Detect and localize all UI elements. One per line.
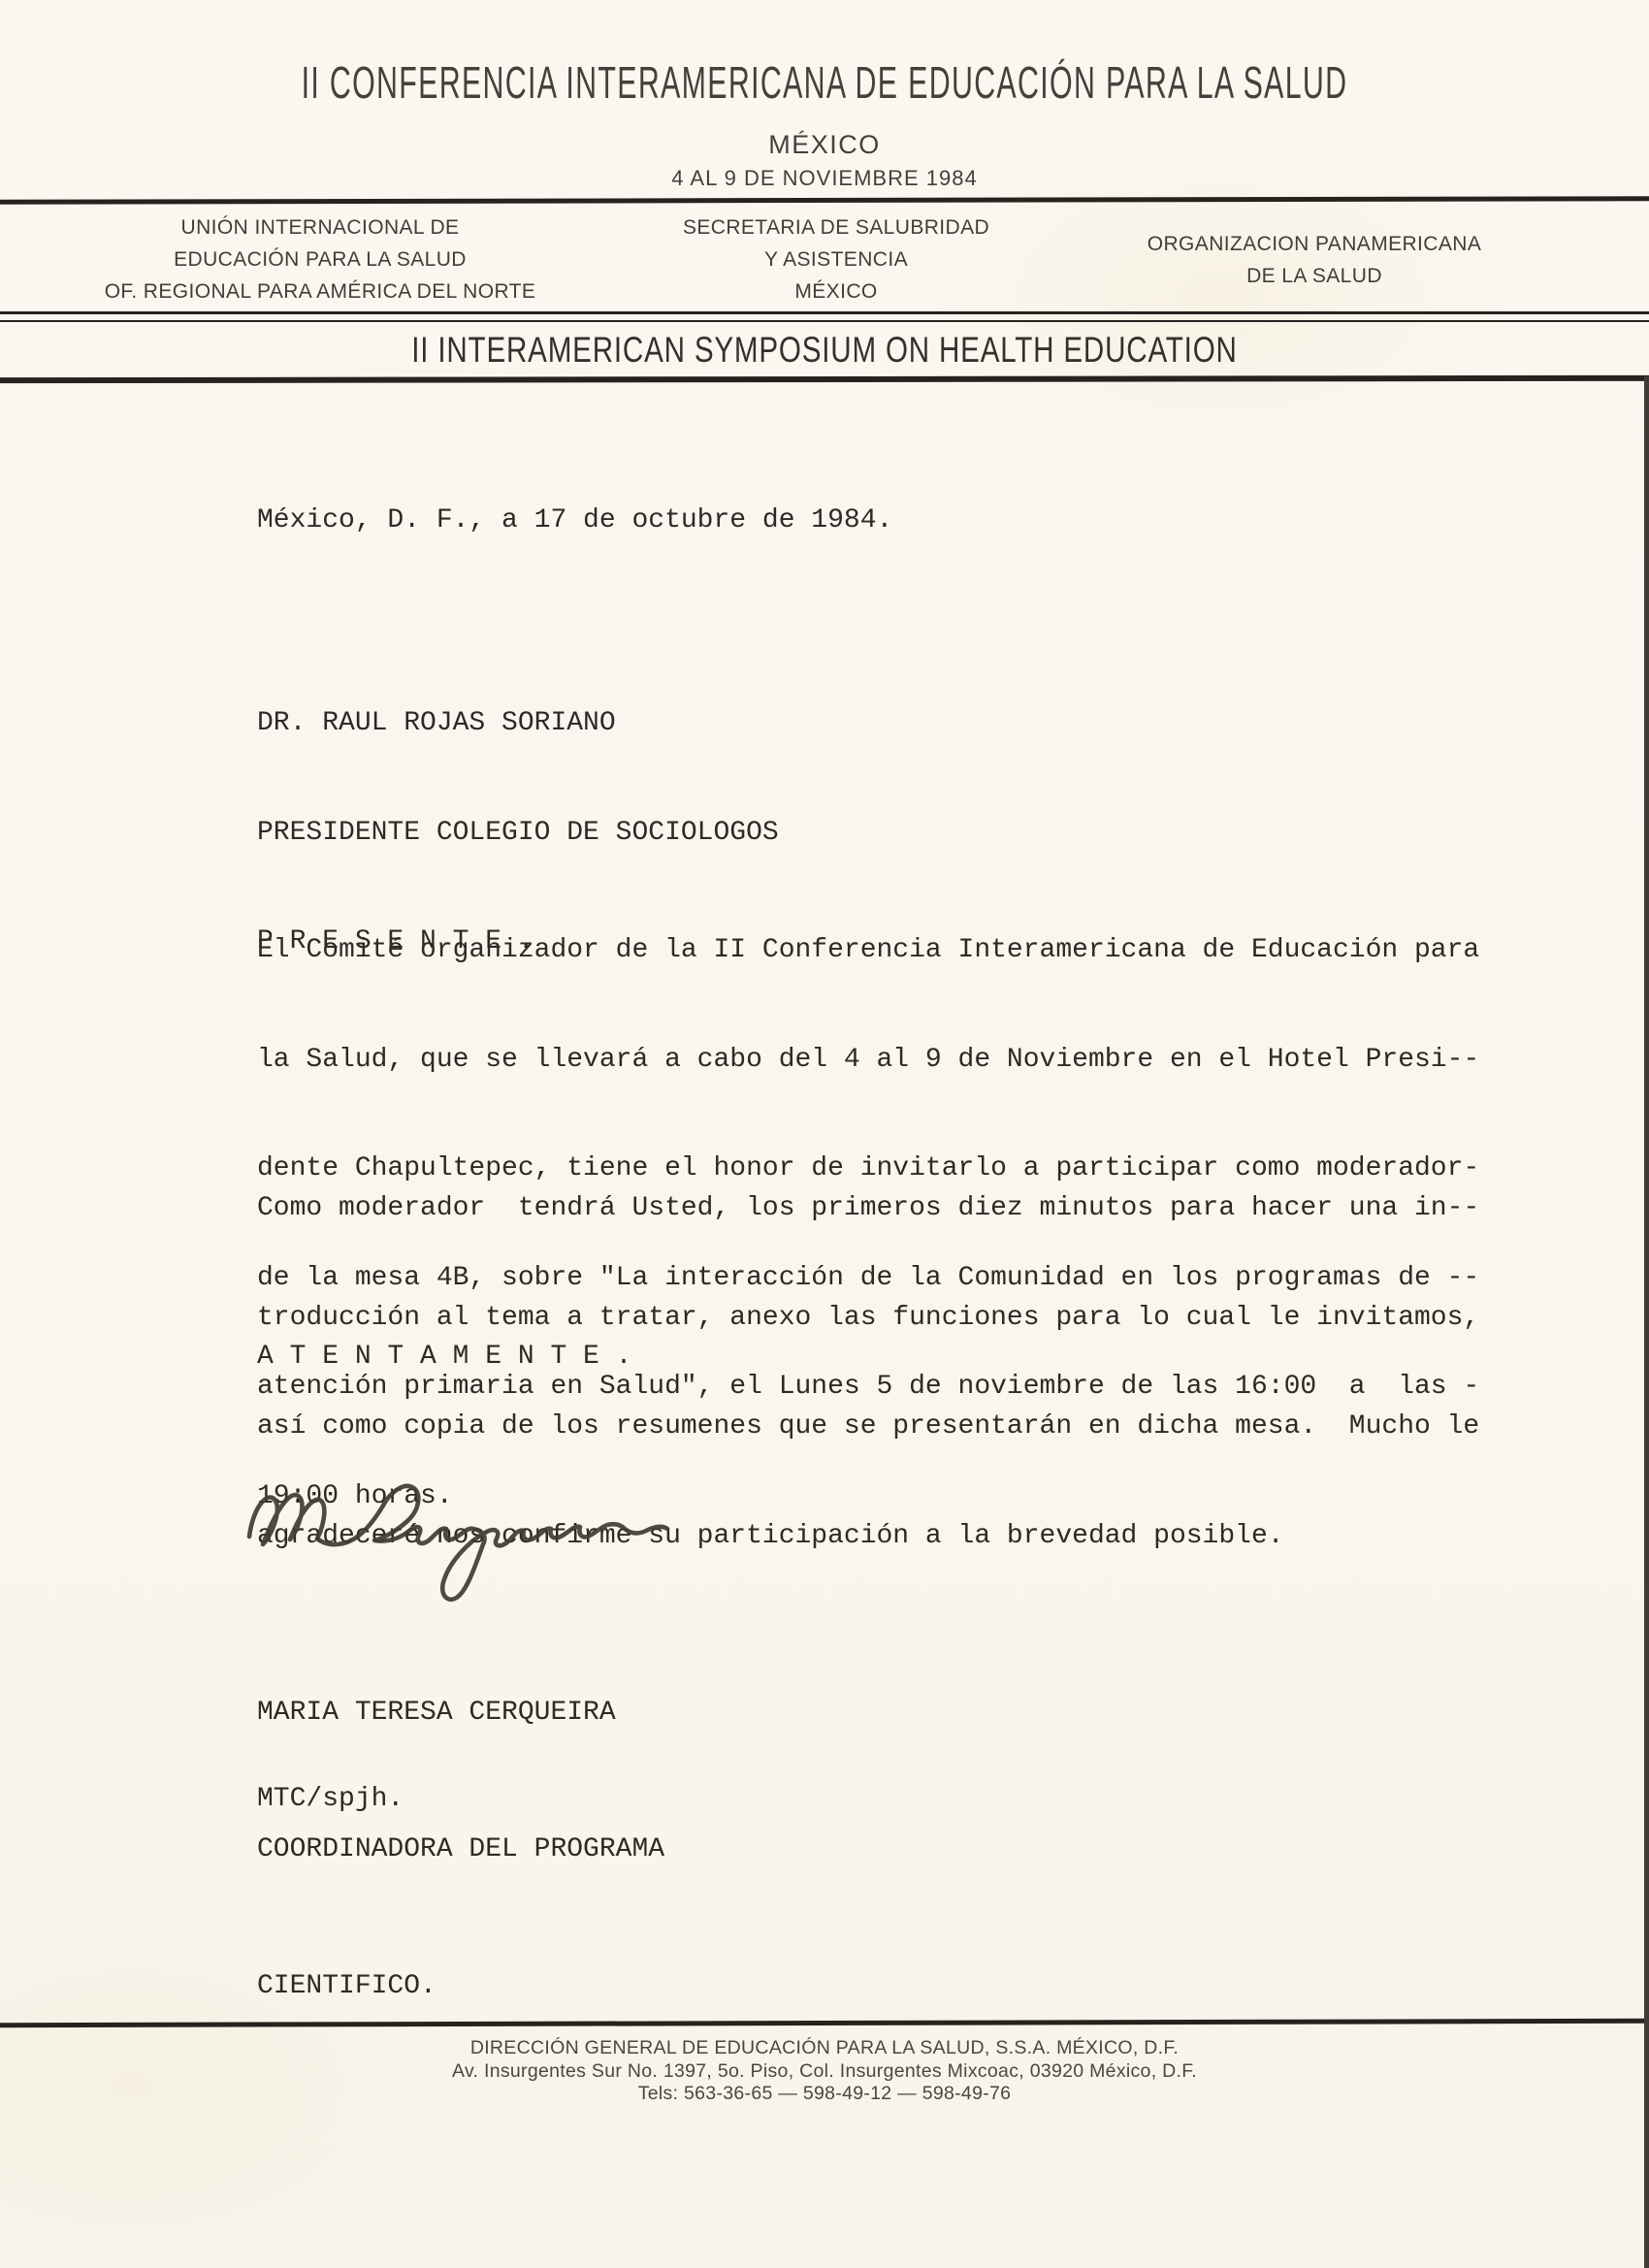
addressee-title: PRESIDENTE COLEGIO DE SOCIOLOGOS — [257, 815, 779, 852]
organization-column-union: UNIÓN INTERNACIONAL DE EDUCACIÓN PARA LA… — [87, 211, 553, 308]
conference-dates: 4 AL 9 DE NOVIEMBRE 1984 — [0, 166, 1649, 191]
paragraph-line: troducción al tema a tratar, anexo las f… — [257, 1300, 1479, 1337]
addressee-name: DR. RAUL ROJAS SORIANO — [257, 705, 779, 742]
handwritten-signature-image — [236, 1442, 692, 1614]
header-rule-bottom — [0, 375, 1649, 383]
footer-rule — [0, 2019, 1649, 2027]
org-line: UNIÓN INTERNACIONAL DE — [87, 211, 553, 243]
header-rule-middle-lower — [0, 320, 1649, 322]
reference-initials: MTC/spjh. — [257, 1781, 404, 1818]
header-rule-top — [0, 196, 1649, 205]
org-line: OF. REGIONAL PARA AMÉRICA DEL NORTE — [87, 275, 553, 308]
paragraph-line: El Comité organizador de la II Conferenc… — [257, 932, 1479, 969]
scanned-letter-page: II CONFERENCIA INTERAMERICANA DE EDUCACI… — [0, 0, 1649, 2268]
symposium-title: II INTERAMERICAN SYMPOSIUM ON HEALTH EDU… — [165, 330, 1484, 371]
signer-title-line-1: COORDINADORA DEL PROGRAMA — [257, 1827, 664, 1872]
header-rule-middle-upper — [0, 311, 1649, 314]
footer-phones-line: Tels: 563-36-65 — 598-49-12 — 598-49-76 — [0, 2083, 1649, 2106]
scan-edge-artifact — [1644, 376, 1649, 2268]
closing-salutation: A T E N T A M E N T E . — [257, 1339, 631, 1376]
signer-name: MARIA TERESA CERQUEIRA — [257, 1690, 664, 1735]
footer-address-block: DIRECCIÓN GENERAL DE EDUCACIÓN PARA LA S… — [0, 2037, 1649, 2106]
paragraph-line: la Salud, que se llevará a cabo del 4 al… — [257, 1042, 1479, 1079]
letter-dateline: México, D. F., a 17 de octubre de 1984. — [257, 502, 892, 539]
org-line: EDUCACIÓN PARA LA SALUD — [87, 243, 553, 275]
signer-title-line-2: CIENTIFICO. — [257, 1963, 664, 2009]
organization-column-panamericana: ORGANIZACION PANAMERICANA DE LA SALUD — [1106, 228, 1523, 292]
footer-direccion-line: DIRECCIÓN GENERAL DE EDUCACIÓN PARA LA S… — [0, 2037, 1649, 2060]
conference-title: II CONFERENCIA INTERAMERICANA DE EDUCACI… — [280, 56, 1369, 109]
conference-location: MÉXICO — [0, 130, 1649, 160]
org-line: SECRETARIA DE SALUBRIDAD — [652, 211, 1020, 243]
org-line: ORGANIZACION PANAMERICANA — [1106, 228, 1523, 260]
org-line: Y ASISTENCIA — [652, 243, 1020, 275]
paragraph-line: así como copia de los resumenes que se p… — [257, 1409, 1479, 1445]
footer-address-line: Av. Insurgentes Sur No. 1397, 5o. Piso, … — [0, 2060, 1649, 2084]
org-line: DE LA SALUD — [1106, 260, 1523, 292]
org-line: MÉXICO — [652, 275, 1020, 308]
organization-column-secretaria: SECRETARIA DE SALUBRIDAD Y ASISTENCIA MÉ… — [652, 211, 1020, 308]
paragraph-line: Como moderador tendrá Usted, los primero… — [257, 1190, 1479, 1227]
